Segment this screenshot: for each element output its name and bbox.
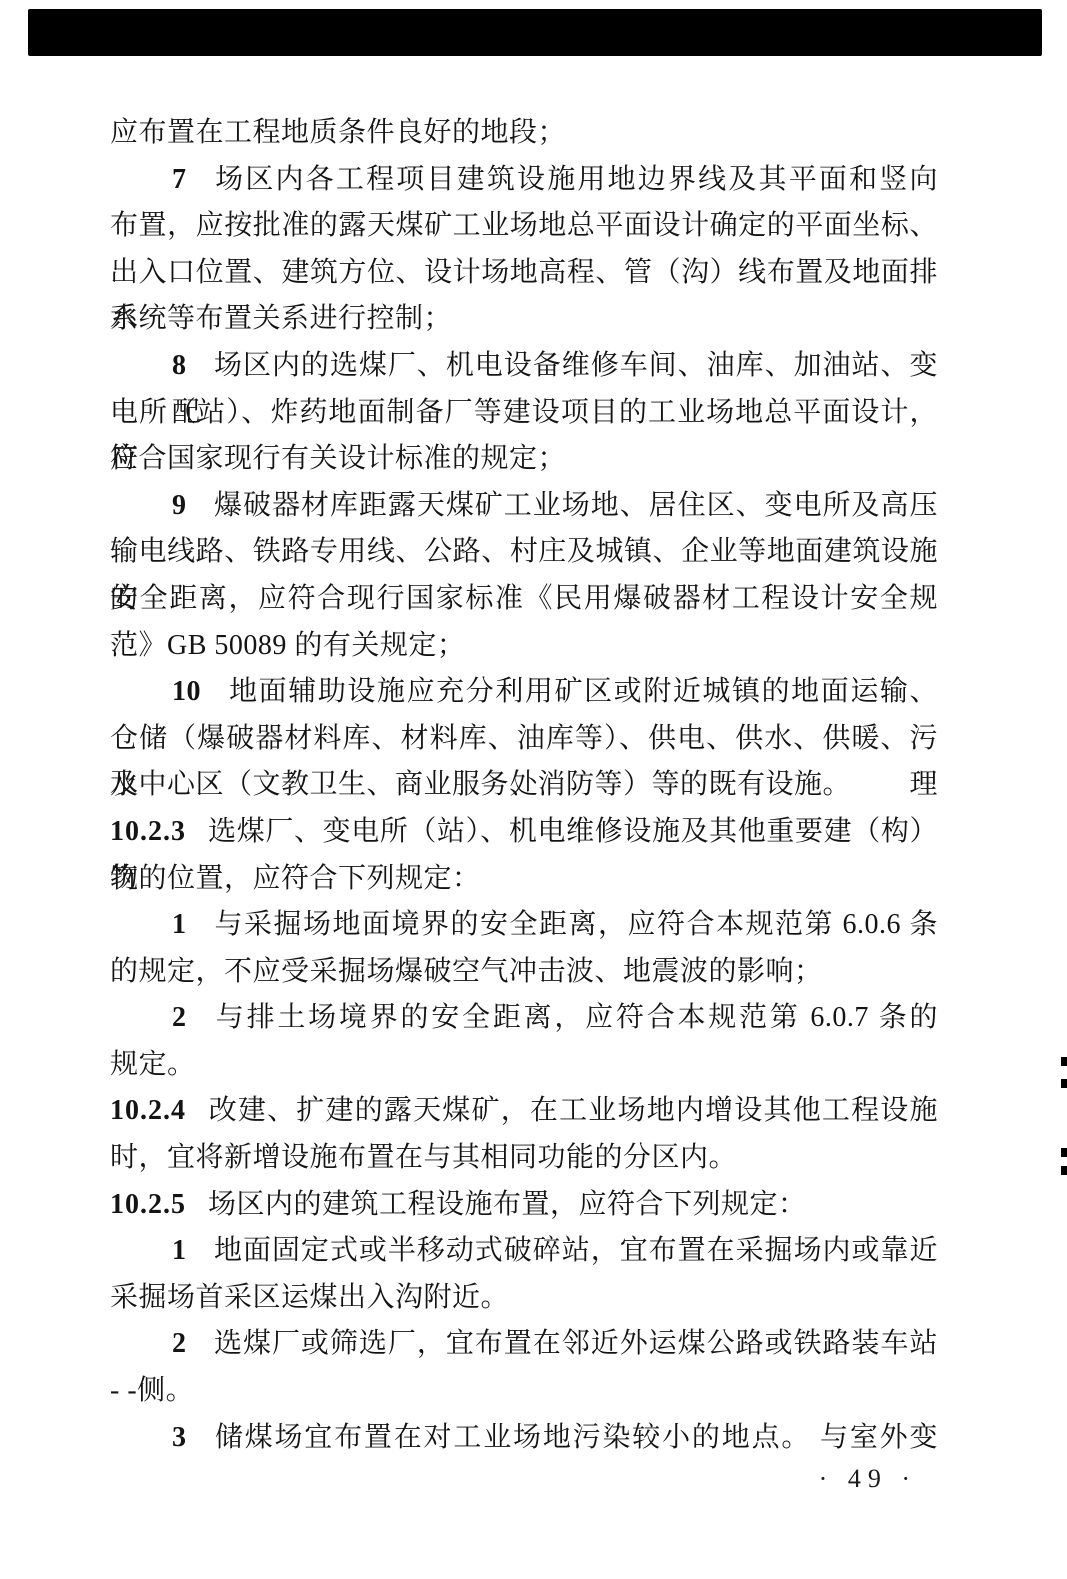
line-number: 10 [172,676,201,707]
text-line: 电所（站）、炸药地面制备厂等建设项目的工业场地总平面设计，应 [110,390,938,437]
line-text: 场区内的建筑工程设施布置，应符合下列规定： [208,1189,807,1220]
line-text: 及中心区（文教卫生、商业服务、消防等）等的既有设施。 [110,769,851,800]
text-line: 应布置在工程地质条件良好的地段； [110,110,938,157]
line-number: 8 [172,350,187,381]
line-number: 10.2.3 [110,816,186,847]
text-line: 仓储（爆破器材料库、材料库、油库等）、供电、供水、供暖、污水处理 [110,716,938,763]
text-line: 9爆破器材库距露天煤矿工业场地、居住区、变电所及高压 [110,483,938,530]
page-number: · 49 · [819,1464,917,1494]
line-text: 与排土场境界的安全距离，应符合本规范第 6.0.7 条的 [214,1002,939,1033]
scan-artifact-edge-mark [1061,1166,1067,1175]
line-number: 2 [172,1328,187,1359]
text-line: 及中心区（文教卫生、商业服务、消防等）等的既有设施。 [110,762,938,809]
text-line: 2选煤厂或筛选厂，宜布置在邻近外运煤公路或铁路装车站 [110,1321,938,1368]
line-number: 7 [172,164,187,195]
line-text: 选煤厂或筛选厂，宜布置在邻近外运煤公路或铁路装车站 [214,1328,939,1359]
text-line: 出入口位置、建筑方位、设计场地高程、管（沟）线布置及地面排水 [110,250,938,297]
text-line: 输电线路、铁路专用线、公路、村庄及城镇、企业等地面建筑设施的 [110,529,938,576]
text-line: 8场区内的选煤厂、机电设备维修车间、油库、加油站、变配 [110,343,938,390]
line-number: 10.2.4 [110,1095,186,1126]
text-line: 规定。 [110,1042,938,1089]
line-number: 2 [172,1002,187,1033]
text-line: 时，宜将新增设施布置在与其相同功能的分区内。 [110,1135,938,1182]
line-text: 物的位置，应符合下列规定： [110,863,481,894]
text-line: 10.2.4改建、扩建的露天煤矿，在工业场地内增设其他工程设施 [110,1088,938,1135]
text-line: 布置，应按批准的露天煤矿工业场地总平面设计确定的平面坐标、 [110,203,938,250]
line-text: 规定。 [110,1049,196,1080]
line-text: 场区内各工程项目建筑设施用地边界线及其平面和竖向 [214,164,939,195]
document-page: 应布置在工程地质条件良好的地段；7场区内各工程项目建筑设施用地边界线及其平面和竖… [0,0,1067,1579]
text-line: 10.2.3选煤厂、变电所（站）、机电维修设施及其他重要建（构）筑 [110,809,938,856]
text-line: 10.2.5场区内的建筑工程设施布置，应符合下列规定： [110,1182,938,1229]
line-number: 1 [172,1235,187,1266]
text-line: 1与采掘场地面境界的安全距离，应符合本规范第 6.0.6 条 [110,902,938,949]
line-text: 范》GB 50089 的有关规定； [110,630,465,661]
line-number: 1 [172,909,187,940]
text-line: 符合国家现行有关设计标准的规定； [110,436,938,483]
text-block: 应布置在工程地质条件良好的地段；7场区内各工程项目建筑设施用地边界线及其平面和竖… [110,110,938,1461]
line-number: 9 [172,490,187,521]
scan-artifact-edge-mark [1061,1057,1067,1066]
text-line: 10地面辅助设施应充分利用矿区或附近城镇的地面运输、 [110,669,938,716]
line-text: 地面辅助设施应充分利用矿区或附近城镇的地面运输、 [228,676,938,707]
text-line: 7场区内各工程项目建筑设施用地边界线及其平面和竖向 [110,157,938,204]
line-text: 储煤场宜布置在对工业场地污染较小的地点。 与室外变 [214,1422,939,1453]
scan-artifact-top-bar [28,9,1042,56]
line-text: 布置，应按批准的露天煤矿工业场地总平面设计确定的平面坐标、 [110,210,938,241]
line-text: 与采掘场地面境界的安全距离，应符合本规范第 6.0.6 条 [214,909,939,940]
text-line: - -侧。 [110,1368,938,1415]
line-text: 采掘场首采区运煤出入沟附近。 [110,1282,509,1313]
line-number: 10.2.5 [110,1189,186,1220]
line-number: 3 [172,1422,187,1453]
text-line: 3储煤场宜布置在对工业场地污染较小的地点。 与室外变 [110,1415,938,1462]
line-text: 改建、扩建的露天煤矿，在工业场地内增设其他工程设施 [208,1095,938,1126]
line-text: 应布置在工程地质条件良好的地段； [110,117,566,148]
line-text: 地面固定式或半移动式破碎站，宜布置在采掘场内或靠近 [214,1235,939,1266]
line-text: 符合国家现行有关设计标准的规定； [110,443,566,474]
text-line: 的规定，不应受采掘场爆破空气冲击波、地震波的影响； [110,949,938,996]
text-line: 2与排土场境界的安全距离，应符合本规范第 6.0.7 条的 [110,995,938,1042]
scan-artifact-edge-mark [1061,1079,1067,1088]
text-line: 1地面固定式或半移动式破碎站，宜布置在采掘场内或靠近 [110,1228,938,1275]
line-text: 时，宜将新增设施布置在与其相同功能的分区内。 [110,1142,737,1173]
text-line: 采掘场首采区运煤出入沟附近。 [110,1275,938,1322]
line-text: 爆破器材库距露天煤矿工业场地、居住区、变电所及高压 [214,490,939,521]
line-text: - -侧。 [110,1375,194,1406]
line-text: 系统等布置关系进行控制； [110,303,452,334]
text-line: 安全距离，应符合现行国家标准《民用爆破器材工程设计安全规 [110,576,938,623]
scan-artifact-edge-mark [1061,1148,1067,1157]
text-line: 物的位置，应符合下列规定： [110,856,938,903]
line-text: 安全距离，应符合现行国家标准《民用爆破器材工程设计安全规 [110,583,938,614]
text-line: 系统等布置关系进行控制； [110,296,938,343]
line-text: 的规定，不应受采掘场爆破空气冲击波、地震波的影响； [110,956,823,987]
text-line: 范》GB 50089 的有关规定； [110,623,938,670]
